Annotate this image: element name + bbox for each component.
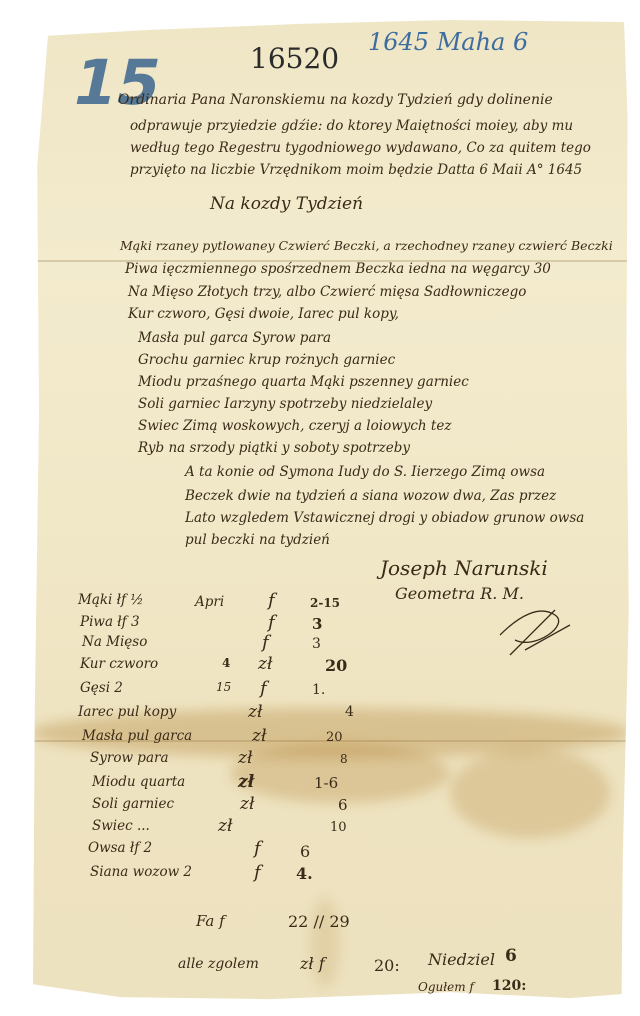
ledger-amount: 20 <box>326 730 343 745</box>
ledger-unit: zł <box>238 748 252 768</box>
grand-total-label: Ogułem f <box>418 980 474 994</box>
ledger-unit: zł <box>218 816 232 836</box>
ledger-unit: f <box>262 632 269 653</box>
ledger-item: Siana wozow 2 <box>90 864 192 880</box>
ledger-unit: zł <box>248 702 262 722</box>
ledger-note: Apri <box>195 594 224 610</box>
list-item: Ryb na srzody piątki y soboty spotrzeby <box>138 440 410 456</box>
header-line: Ordinaria Pana Naronskiemu na kozdy Tydz… <box>118 92 553 108</box>
ledger-unit: zł <box>258 654 272 674</box>
ledger-item: Swiec ... <box>92 818 150 834</box>
signature-name: Joseph Narunski <box>380 556 548 580</box>
ledger-amount: 3 <box>312 636 321 652</box>
ledger-item: Gęsi 2 <box>80 680 123 696</box>
paragraph-line: Lato wzgledem Vstawicznej drogi y obiado… <box>185 510 584 526</box>
blue-note: 1645 Maha 6 <box>368 28 528 56</box>
header-line: według tego Regestru tygodniowego wydawa… <box>130 140 591 156</box>
list-item: Soli garniec Iarzyny spotrzeby niedziela… <box>138 396 432 412</box>
ledger-unit: zł <box>252 726 266 746</box>
ledger-note: 4 <box>222 656 230 670</box>
ledger-item: Piwa łf 3 <box>80 614 140 630</box>
ledger-amount: 6 <box>300 842 310 861</box>
ledger-unit: f <box>268 590 275 611</box>
ledger-item: Masła pul garca <box>82 728 192 744</box>
sum-value: 22 // 29 <box>288 912 350 931</box>
ledger-item: Iarec pul kopy <box>78 704 176 720</box>
catalog-number: 16520 <box>250 42 339 75</box>
section-title: Na kozdy Tydzień <box>210 194 363 214</box>
ledger-amount: 20 <box>325 656 347 675</box>
total-value: 20: <box>374 956 400 975</box>
list-item: Miodu przaśnego quarta Mąki pszenney gar… <box>138 374 469 390</box>
ledger-amount: 10 <box>330 820 347 835</box>
ledger-amount: 4. <box>296 864 313 883</box>
ledger-unit: f <box>268 612 275 633</box>
ledger-amount: 1. <box>312 682 325 698</box>
list-item: Mąki rzaney pytlowaney Czwierć Beczki, a… <box>120 238 613 253</box>
ledger-unit: zł <box>240 794 254 814</box>
ledger-item: Syrow para <box>90 750 169 766</box>
ledger-amount: 6 <box>338 796 348 814</box>
total-label: alle zgolem <box>178 956 259 972</box>
ledger-unit: f <box>254 862 261 883</box>
list-item: Swiec Zimą woskowych, czeryj a loiowych … <box>138 418 451 434</box>
water-stain <box>450 748 610 838</box>
ledger-amount: 1-6 <box>314 774 338 792</box>
total-unit: zł f <box>300 954 325 973</box>
list-item: Masła pul garca Syrow para <box>138 330 331 346</box>
ledger-amount: 4 <box>345 704 354 720</box>
paragraph-line: pul beczki na tydzień <box>185 532 330 548</box>
ledger-unit: f <box>254 838 261 859</box>
list-item: Kur czworo, Gęsi dwoie, Iarec pul kopy, <box>128 306 399 322</box>
ledger-item: Kur czworo <box>80 656 158 672</box>
paragraph-line: Beczek dwie na tydzień a siana wozow dwa… <box>185 488 556 504</box>
list-item: Na Mięso Złotych trzy, albo Czwierć mięs… <box>128 284 526 300</box>
ledger-item: Mąki łf ½ <box>78 592 143 608</box>
paragraph-line: A ta konie od Symona Iudy do S. Iierzego… <box>185 464 545 480</box>
list-item: Piwa ięczmiennego spośrzednem Beczka ied… <box>125 261 551 277</box>
header-line: przyięto na liczbie Vrzędnikom moim będz… <box>130 162 582 178</box>
folio-number: 15 <box>66 46 168 119</box>
ledger-amount: 2-15 <box>310 596 340 610</box>
ledger-unit: zł <box>238 772 254 792</box>
list-item: Grochu garniec krup rożnych garniec <box>138 352 395 368</box>
ledger-item: Na Mięso <box>82 634 147 650</box>
ledger-unit: f <box>260 678 267 699</box>
ledger-item: Miodu quarta <box>92 774 185 790</box>
ledger-amount: 8 <box>340 752 348 766</box>
ledger-amount: 3 <box>312 615 322 633</box>
sum-label: Fa f <box>196 912 225 930</box>
header-line: odprawuje przyiedzie gdźie: do ktorey Ma… <box>130 118 573 134</box>
ledger-item: Soli garniec <box>92 796 174 812</box>
weeks-value: 6 <box>505 946 517 966</box>
ledger-item: Owsa łf 2 <box>88 840 152 856</box>
ledger-note: 15 <box>216 680 231 694</box>
grand-total-value: 120: <box>492 978 526 994</box>
signature-flourish-icon <box>495 595 575 665</box>
weeks-label: Niedziel <box>428 950 495 969</box>
